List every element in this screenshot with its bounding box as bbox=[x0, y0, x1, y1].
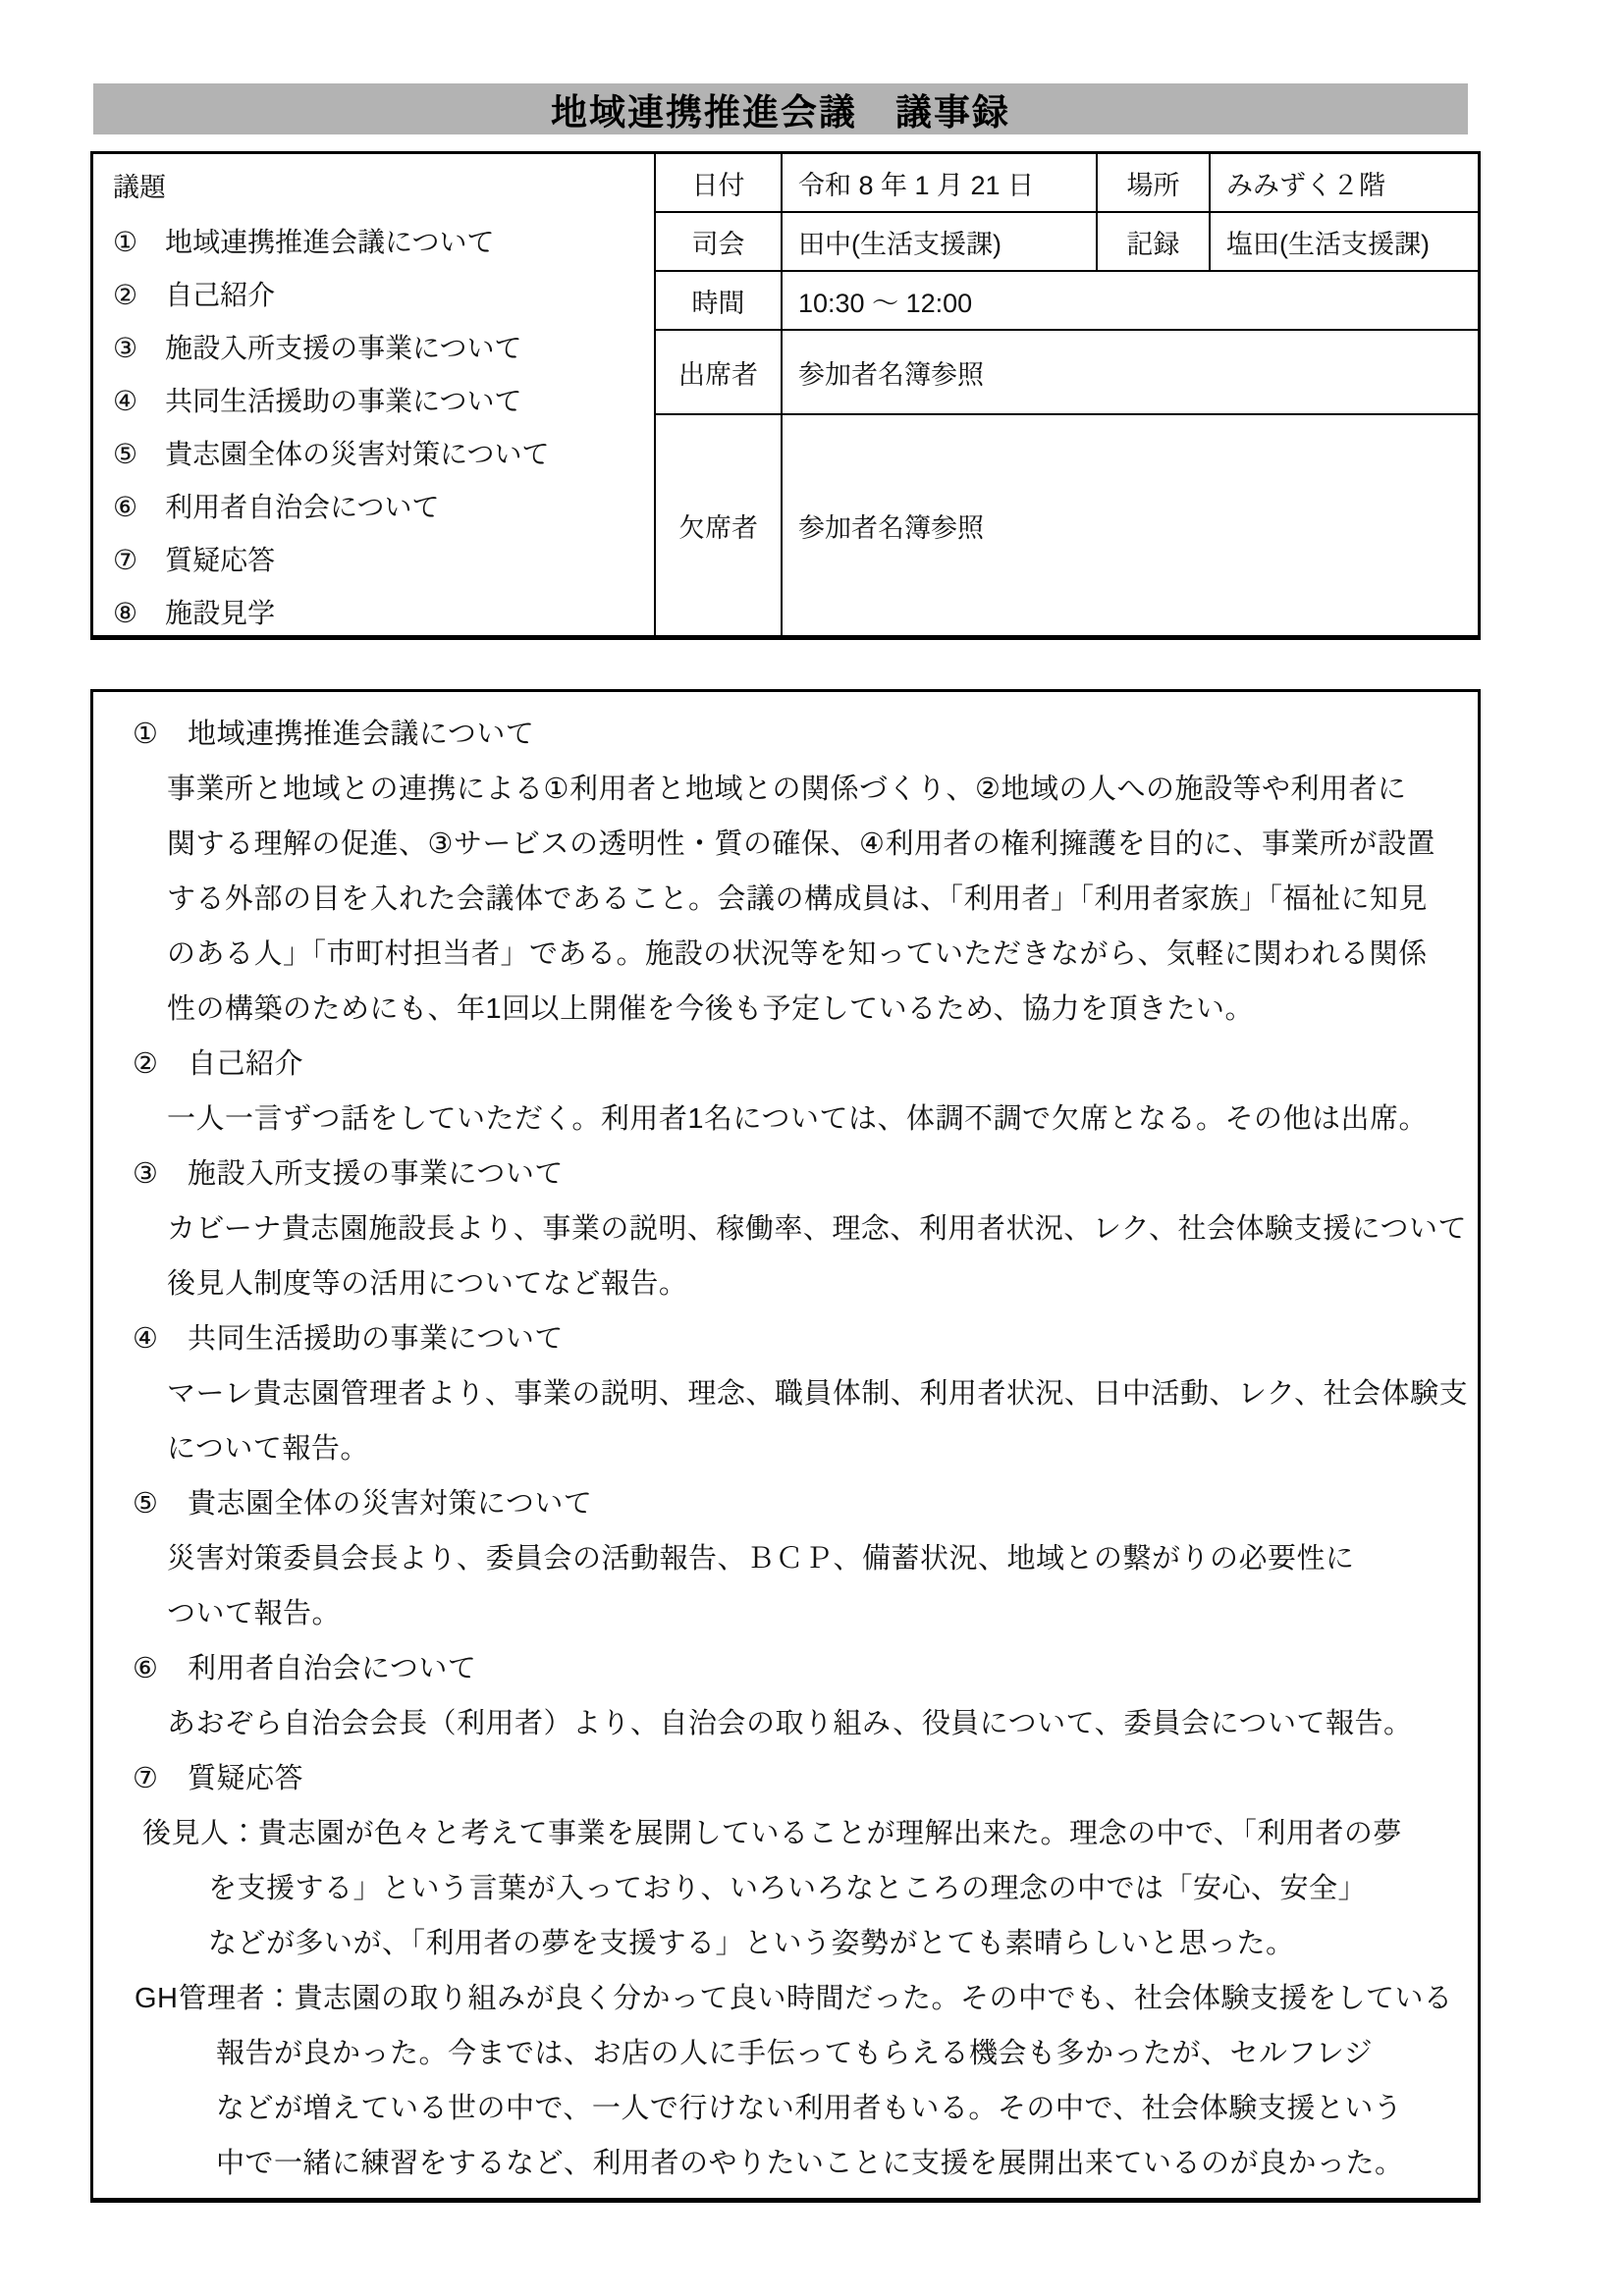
attendees-value: 参加者名簿参照 bbox=[783, 331, 1478, 415]
minutes-line: ついて報告。 bbox=[93, 1583, 1478, 1638]
minutes-line-text: ⑦ 質疑応答 bbox=[133, 1756, 303, 1796]
minutes-line-text: 後見人：貴志園が色々と考えて事業を展開していることが理解出来た。理念の中で、「利… bbox=[142, 1811, 1402, 1851]
minutes-line: ③ 施設入所支援の事業について bbox=[93, 1144, 1478, 1199]
minutes-line-text: 事業所と地域との連携による①利用者と地域との関係づくり、②地域の人への施設等や利… bbox=[167, 767, 1407, 807]
recorder-label: 記録 bbox=[1098, 213, 1211, 272]
minutes-line: 後見人制度等の活用についてなど報告。 bbox=[93, 1254, 1478, 1308]
meeting-info-table: 議題 ① 地域連携推進会議について ② 自己紹介 ③ 施設入所支援の事業について… bbox=[90, 151, 1481, 640]
agenda-item: ⑥ 利用者自治会について bbox=[113, 479, 654, 532]
moderator-label: 司会 bbox=[656, 213, 783, 272]
minutes-line: について報告。 bbox=[93, 1418, 1478, 1473]
date-value: 令和 8 年 1 月 21 日 bbox=[783, 154, 1098, 213]
minutes-line-text: 災害対策委員会長より、委員会の活動報告、ＢＣＰ、備蓄状況、地域との繋がりの必要性… bbox=[167, 1536, 1355, 1576]
minutes-line: ⑥ 利用者自治会について bbox=[93, 1638, 1478, 1693]
minutes-line-text: カビーナ貴志園施設長より、事業の説明、稼働率、理念、利用者状況、レク、社会体験支… bbox=[167, 1206, 1467, 1247]
minutes-line-text: などが増えている世の中で、一人で行けない利用者もいる。その中で、社会体験支援とい… bbox=[216, 2086, 1402, 2126]
minutes-line: カビーナ貴志園施設長より、事業の説明、稼働率、理念、利用者状況、レク、社会体験支… bbox=[93, 1199, 1478, 1254]
minutes-line: ⑤ 貴志園全体の災害対策について bbox=[93, 1473, 1478, 1528]
agenda-cell: 議題 ① 地域連携推進会議について ② 自己紹介 ③ 施設入所支援の事業について… bbox=[93, 154, 656, 635]
minutes-line-text: のある人」「市町村担当者」である。施設の状況等を知っていただきながら、気軽に関わ… bbox=[167, 932, 1428, 972]
minutes-line: する外部の目を入れた会議体であること。会議の構成員は、「利用者」「利用者家族」「… bbox=[93, 869, 1478, 924]
agenda-label: 議題 bbox=[113, 166, 654, 204]
agenda-item: ⑧ 施設見学 bbox=[113, 585, 654, 635]
minutes-line-text: 後見人制度等の活用についてなど報告。 bbox=[167, 1261, 687, 1302]
minutes-line: ④ 共同生活援助の事業について bbox=[93, 1308, 1478, 1363]
place-value: みみずく２階 bbox=[1211, 154, 1478, 213]
minutes-line-text: あおぞら自治会会長（利用者）より、自治会の取り組み、役員について、委員会について… bbox=[167, 1701, 1413, 1741]
attendees-label: 出席者 bbox=[656, 331, 783, 415]
minutes-line: 事業所と地域との連携による①利用者と地域との関係づくり、②地域の人への施設等や利… bbox=[93, 759, 1478, 814]
minutes-line: マーレ貴志園管理者より、事業の説明、理念、職員体制、利用者状況、日中活動、レク、… bbox=[93, 1363, 1478, 1418]
minutes-line-text: 一人一言ずつ話をしていただく。利用者1名については、体調不調で欠席となる。その他… bbox=[167, 1096, 1428, 1137]
minutes-line: 性の構築のためにも、年1回以上開催を今後も予定しているため、協力を頂きたい。 bbox=[93, 979, 1478, 1034]
minutes-line-text: GH管理者：貴志園の取り組みが良く分かって良い時間だった。その中でも、社会体験支… bbox=[135, 1976, 1453, 2016]
agenda-item: ⑦ 質疑応答 bbox=[113, 532, 654, 585]
minutes-line: 関する理解の促進、③サービスの透明性・質の確保、④利用者の権利擁護を目的に、事業… bbox=[93, 814, 1478, 869]
minutes-line-text: ② 自己紹介 bbox=[133, 1041, 303, 1082]
minutes-line: などが多いが、「利用者の夢を支援する」という姿勢がとても素晴らしいと思った。 bbox=[93, 1913, 1478, 1968]
moderator-value: 田中(生活支援課) bbox=[783, 213, 1098, 272]
minutes-line-text: 関する理解の促進、③サービスの透明性・質の確保、④利用者の権利擁護を目的に、事業… bbox=[167, 822, 1435, 862]
minutes-line: 報告が良かった。今までは、お店の人に手伝ってもらえる機会も多かったが、セルフレジ bbox=[93, 2023, 1478, 2078]
agenda-list: ① 地域連携推進会議について ② 自己紹介 ③ 施設入所支援の事業について ④ … bbox=[113, 214, 654, 635]
agenda-item: ④ 共同生活援助の事業について bbox=[113, 373, 654, 426]
minutes-line: のある人」「市町村担当者」である。施設の状況等を知っていただきながら、気軽に関わ… bbox=[93, 924, 1478, 979]
minutes-line-text: 性の構築のためにも、年1回以上開催を今後も予定しているため、協力を頂きたい。 bbox=[167, 987, 1254, 1027]
agenda-item: ② 自己紹介 bbox=[113, 267, 654, 320]
minutes-line-text: 中で一緒に練習をするなど、利用者のやりたいことに支援を展開出来ているのが良かった… bbox=[216, 2141, 1404, 2181]
minutes-line: 一人一言ずつ話をしていただく。利用者1名については、体調不調で欠席となる。その他… bbox=[93, 1089, 1478, 1144]
minutes-body-box: ① 地域連携推進会議について 事業所と地域との連携による①利用者と地域との関係づ… bbox=[90, 689, 1481, 2203]
document-title: 地域連携推進会議 議事録 bbox=[551, 82, 1010, 135]
agenda-item: ⑤ 貴志園全体の災害対策について bbox=[113, 426, 654, 479]
document-page: 地域連携推進会議 議事録 議題 ① 地域連携推進会議について ② 自己紹介 ③ … bbox=[0, 0, 1624, 2296]
minutes-line-text: ① 地域連携推進会議について bbox=[133, 712, 534, 752]
minutes-line-text: ④ 共同生活援助の事業について bbox=[133, 1316, 564, 1357]
time-value: 10:30 ～ 12:00 bbox=[783, 272, 1478, 331]
minutes-line-text: ⑥ 利用者自治会について bbox=[133, 1646, 476, 1686]
minutes-line: 災害対策委員会長より、委員会の活動報告、ＢＣＰ、備蓄状況、地域との繋がりの必要性… bbox=[93, 1528, 1478, 1583]
minutes-line: などが増えている世の中で、一人で行けない利用者もいる。その中で、社会体験支援とい… bbox=[93, 2078, 1478, 2133]
minutes-line: 後見人：貴志園が色々と考えて事業を展開していることが理解出来た。理念の中で、「利… bbox=[93, 1803, 1478, 1858]
minutes-line: を支援する」という言葉が入っており、いろいろなところの理念の中では「安心、安全」 bbox=[93, 1858, 1478, 1913]
minutes-line-text: を支援する」という言葉が入っており、いろいろなところの理念の中では「安心、安全」 bbox=[208, 1866, 1367, 1906]
minutes-line: ② 自己紹介 bbox=[93, 1034, 1478, 1089]
place-label: 場所 bbox=[1098, 154, 1211, 213]
minutes-line-text: ついて報告。 bbox=[167, 1591, 341, 1631]
time-label: 時間 bbox=[656, 272, 783, 331]
minutes-line-text: マーレ貴志園管理者より、事業の説明、理念、職員体制、利用者状況、日中活動、レク、… bbox=[167, 1371, 1468, 1412]
recorder-value: 塩田(生活支援課) bbox=[1211, 213, 1478, 272]
date-label: 日付 bbox=[656, 154, 783, 213]
minutes-line-text: などが多いが、「利用者の夢を支援する」という姿勢がとても素晴らしいと思った。 bbox=[208, 1921, 1295, 1961]
minutes-line-text: する外部の目を入れた会議体であること。会議の構成員は、「利用者」「利用者家族」「… bbox=[167, 877, 1428, 917]
minutes-line: ⑦ 質疑応答 bbox=[93, 1748, 1478, 1803]
minutes-line-text: について報告。 bbox=[167, 1426, 369, 1467]
minutes-line-text: 報告が良かった。今までは、お店の人に手伝ってもらえる機会も多かったが、セルフレジ bbox=[216, 2031, 1373, 2071]
minutes-line: GH管理者：貴志園の取り組みが良く分かって良い時間だった。その中でも、社会体験支… bbox=[93, 1968, 1478, 2023]
minutes-line: ① 地域連携推進会議について bbox=[93, 704, 1478, 759]
minutes-line-text: ③ 施設入所支援の事業について bbox=[133, 1151, 564, 1192]
absentees-label: 欠席者 bbox=[656, 415, 783, 635]
agenda-item: ① 地域連携推進会議について bbox=[113, 214, 654, 267]
document-title-bar: 地域連携推進会議 議事録 bbox=[93, 83, 1468, 134]
minutes-line: あおぞら自治会会長（利用者）より、自治会の取り組み、役員について、委員会について… bbox=[93, 1693, 1478, 1748]
minutes-line-text: ⑤ 貴志園全体の災害対策について bbox=[133, 1481, 592, 1522]
agenda-item: ③ 施設入所支援の事業について bbox=[113, 320, 654, 373]
absentees-value: 参加者名簿参照 bbox=[783, 415, 1478, 635]
minutes-line: 中で一緒に練習をするなど、利用者のやりたいことに支援を展開出来ているのが良かった… bbox=[93, 2133, 1478, 2188]
